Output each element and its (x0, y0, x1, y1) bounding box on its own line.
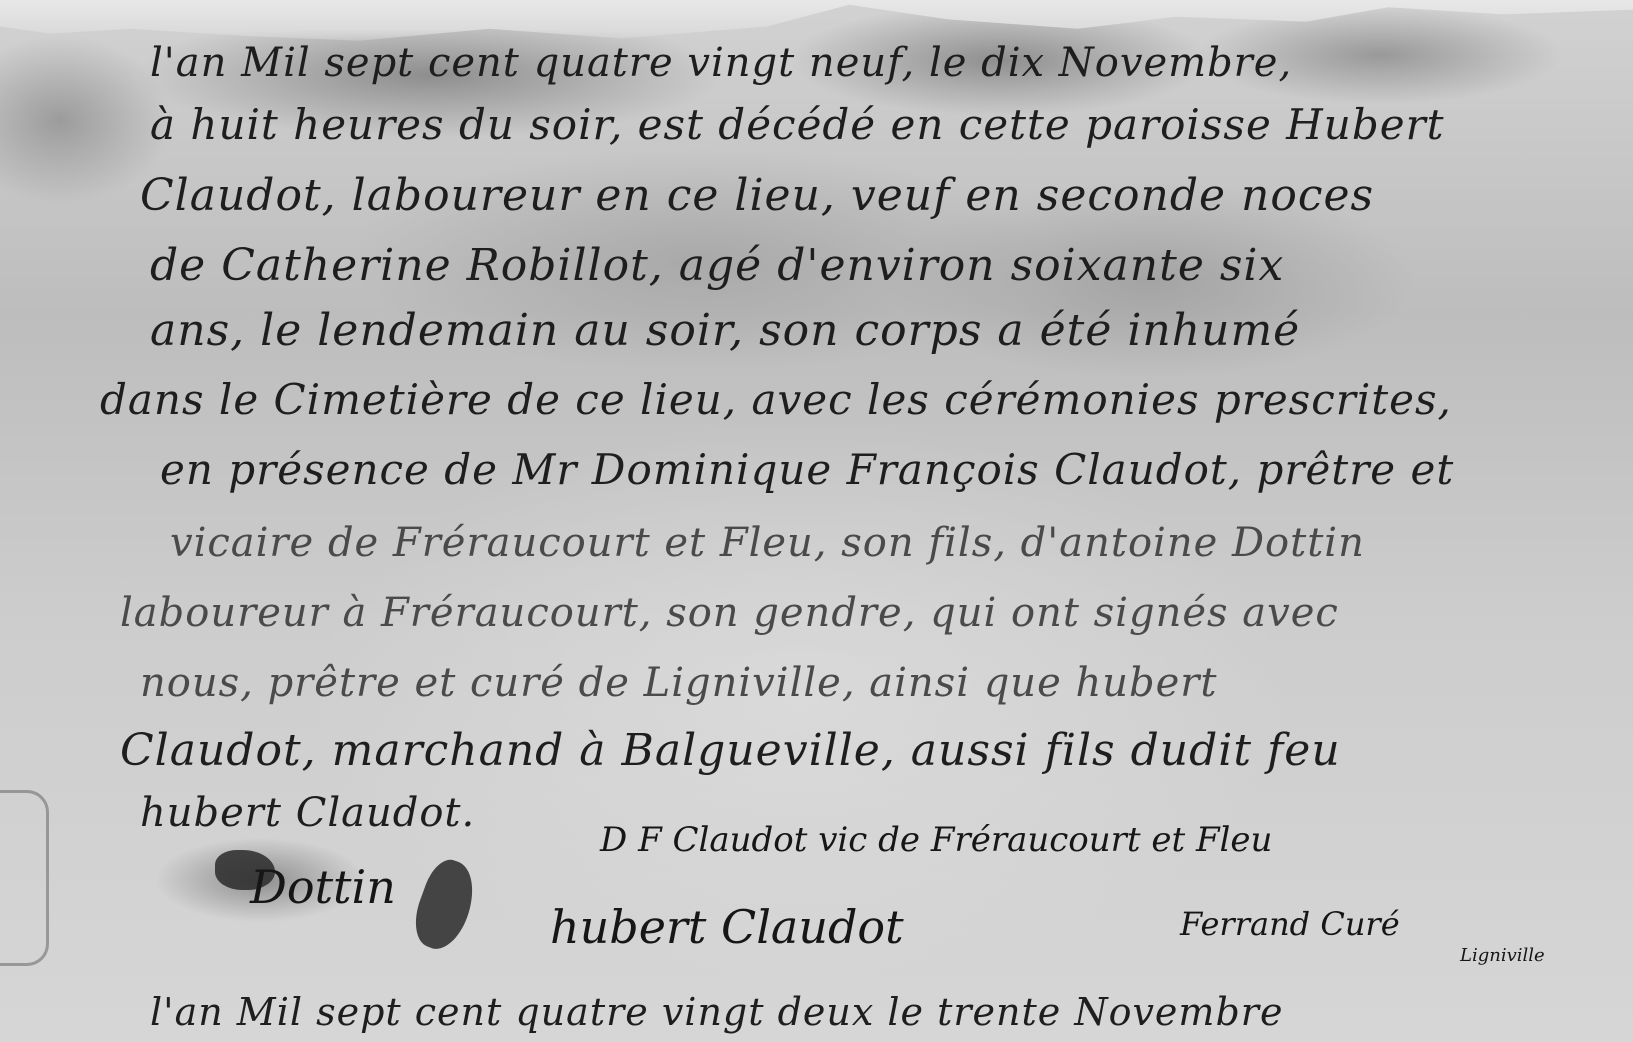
signature-dottin: Dottin (250, 860, 396, 914)
record-line-12: hubert Claudot. (140, 790, 475, 836)
record-line-4: de Catherine Robillot, agé d'environ soi… (150, 240, 1284, 291)
signature-cure: Ferrand Curé (1180, 905, 1400, 943)
record-line-2: à huit heures du soir, est décédé en cet… (150, 100, 1445, 149)
record-line-5: ans, le lendemain au soir, son corps a é… (150, 305, 1300, 356)
signature-hubert-claudot: hubert Claudot (550, 900, 904, 954)
signature-place: Ligniville (1460, 945, 1545, 966)
record-line-10: nous, prêtre et curé de Ligniville, ains… (140, 660, 1217, 706)
signature-vicaire: D F Claudot vic de Fréraucourt et Fleu (600, 820, 1272, 860)
record-line-6: dans le Cimetière de ce lieu, avec les c… (100, 375, 1452, 424)
record-line-11: Claudot, marchand à Balgueville, aussi f… (120, 725, 1341, 776)
record-line-1: l'an Mil sept cent quatre vingt neuf, le… (150, 40, 1292, 86)
next-entry-start: l'an Mil sept cent quatre vingt deux le … (150, 990, 1283, 1034)
record-line-7: en présence de Mr Dominique François Cla… (160, 445, 1454, 494)
record-line-3: Claudot, laboureur en ce lieu, veuf en s… (140, 170, 1374, 221)
record-line-8: vicaire de Fréraucourt et Fleu, son fils… (170, 520, 1365, 566)
record-line-9: laboureur à Fréraucourt, son gendre, qui… (120, 590, 1339, 636)
manuscript-page: l'an Mil sept cent quatre vingt neuf, le… (0, 0, 1633, 1042)
